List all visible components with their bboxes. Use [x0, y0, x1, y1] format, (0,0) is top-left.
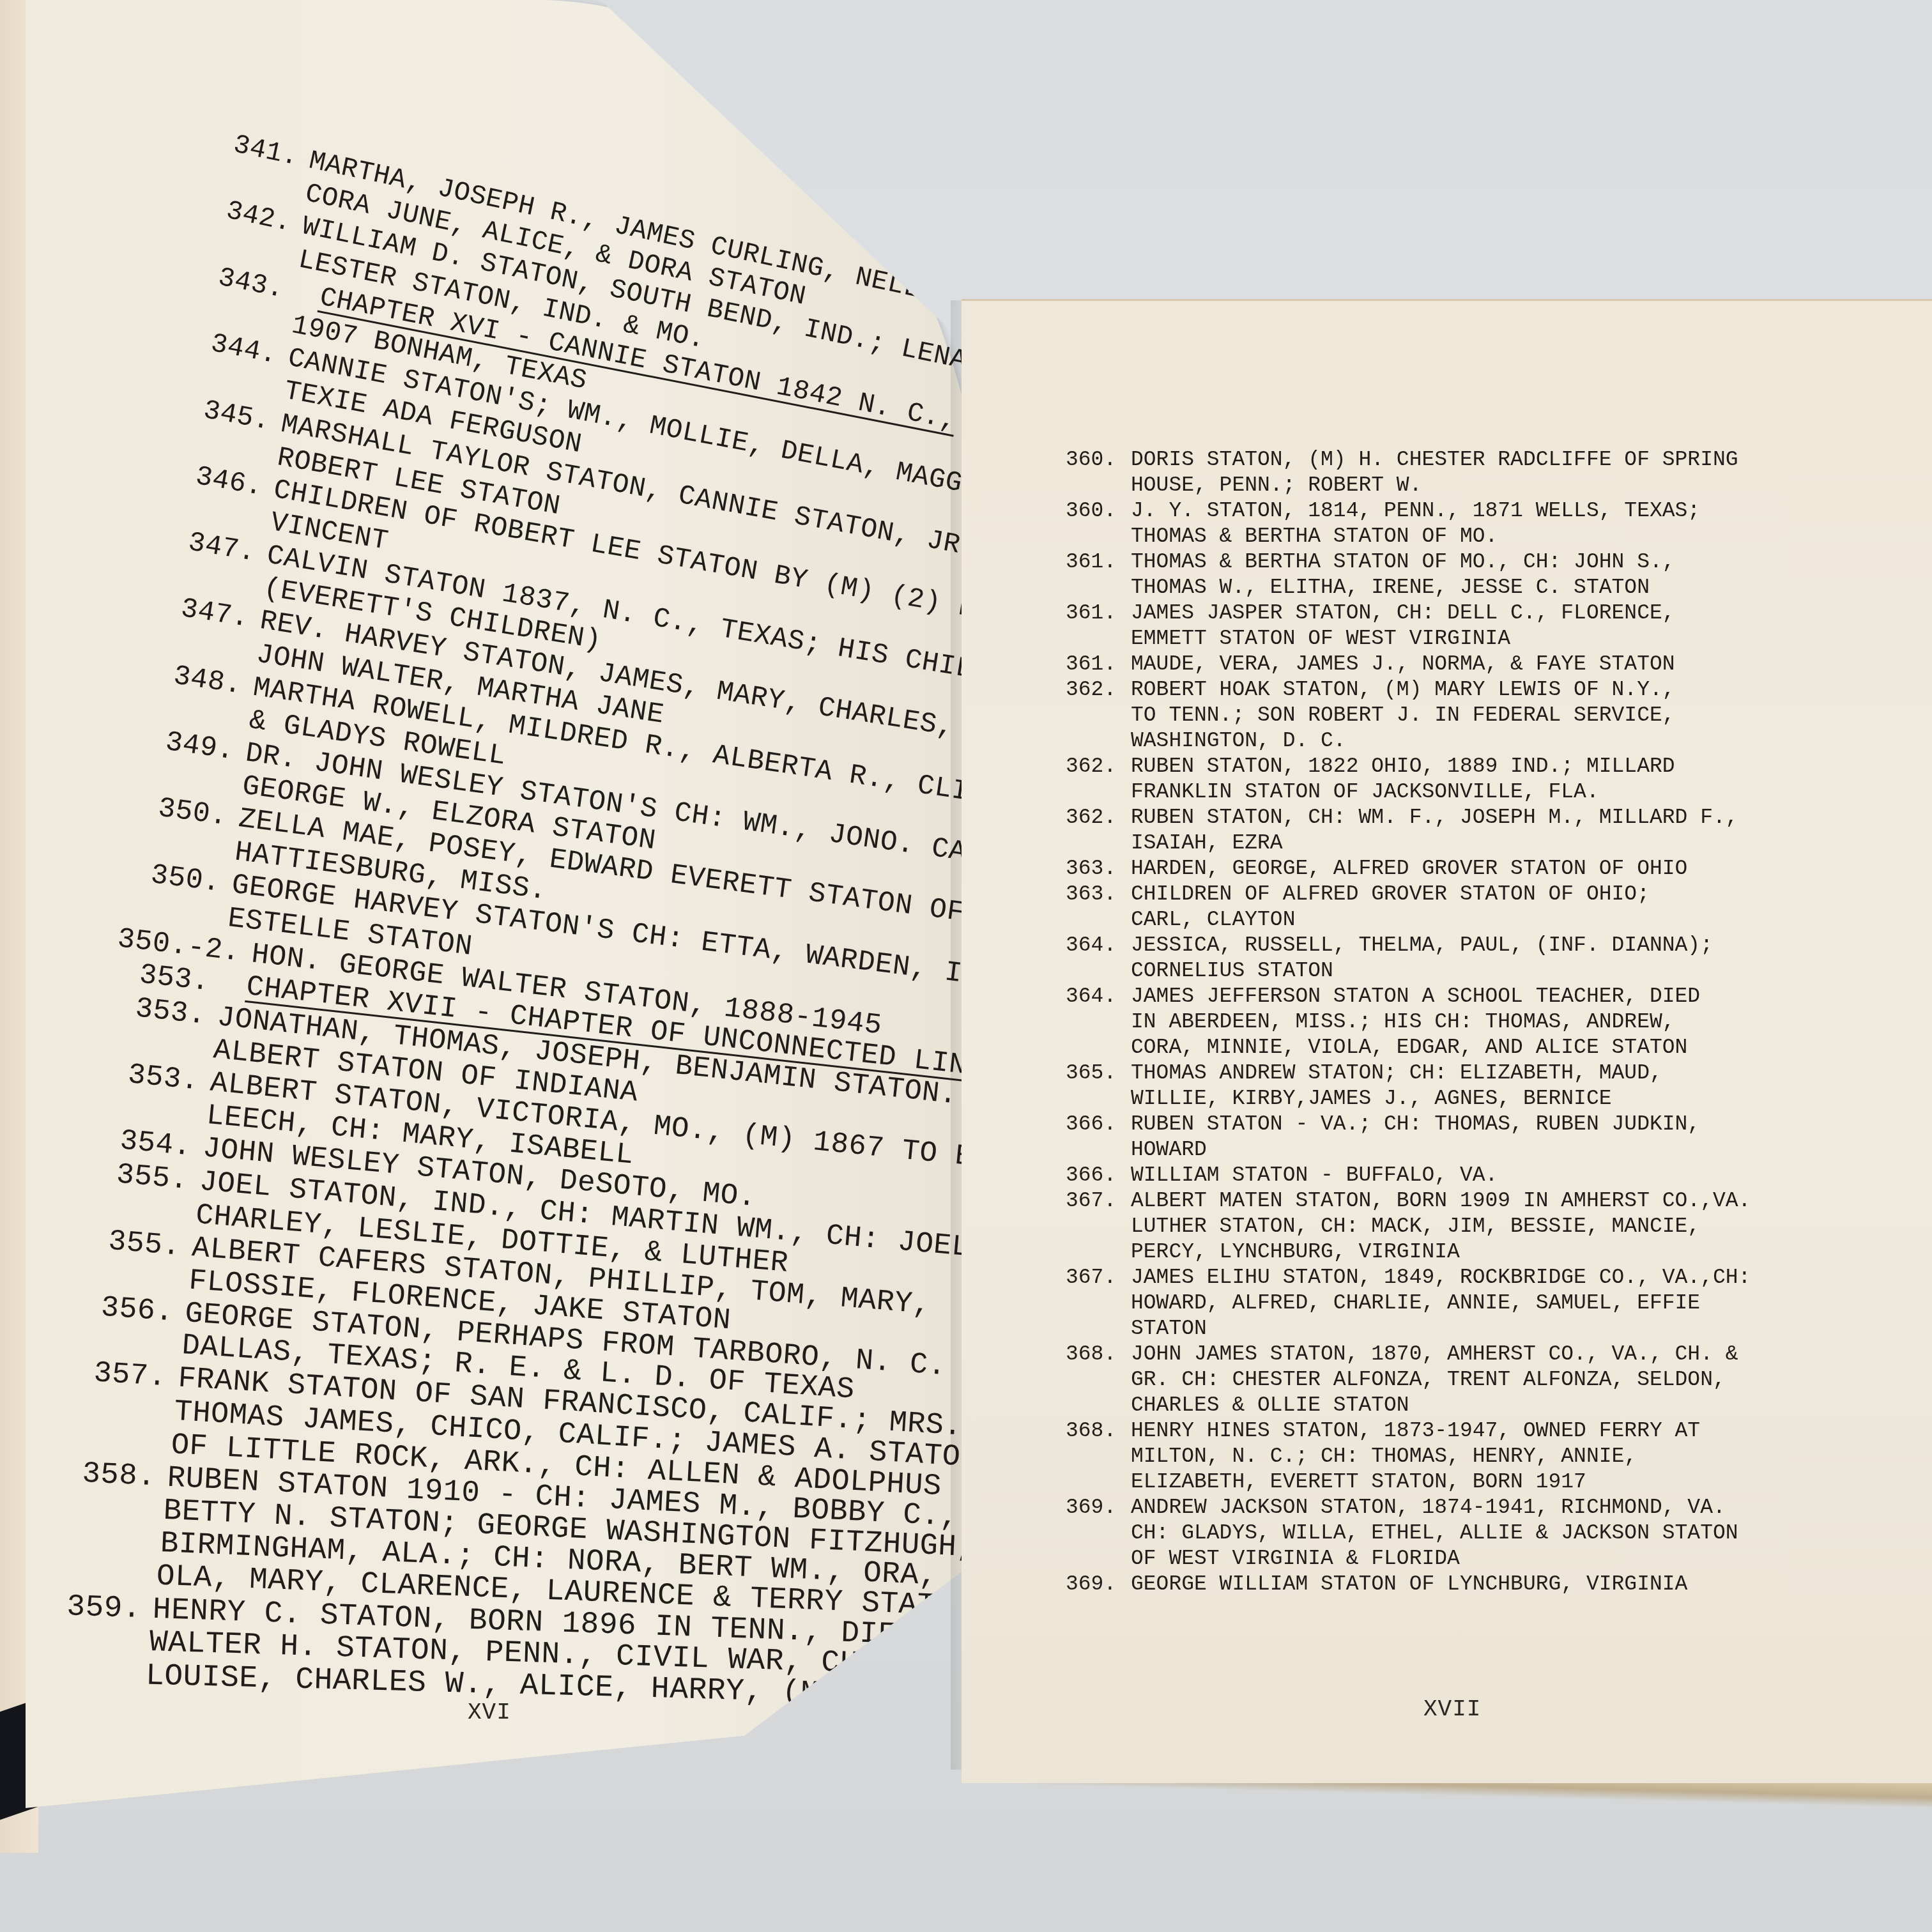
entry-number: 358.: [59, 1458, 157, 1493]
right-page-entries: 360.DORIS STATON, (M) H. CHESTER RADCLIF…: [1066, 447, 1751, 1597]
entry-number: [121, 913, 216, 924]
entry-text: OF WEST VIRGINIA & FLORIDA: [1131, 1547, 1460, 1570]
entry-text: CH: GLADYS, WILLA, ETHEL, ALLIE & JACKSO…: [1131, 1521, 1738, 1545]
entry-number: 362.: [1066, 677, 1131, 703]
entry-number: 369.: [1066, 1572, 1131, 1597]
entry-text: JAMES JEFFERSON STATON A SCHOOL TEACHER,…: [1131, 985, 1700, 1008]
entry-text: JAMES JASPER STATON, CH: DELL C., FLOREN…: [1131, 601, 1675, 625]
entry-number: [56, 1514, 152, 1518]
entry-number: [135, 779, 230, 792]
entry-number: [42, 1647, 137, 1650]
index-entry: 361.MAUDE, VERA, JAMES J., NORMA, & FAYE…: [1066, 652, 1751, 677]
entry-number: [38, 1681, 134, 1683]
entry-text: MILTON, N. C.; CH: THOMAS, HENRY, ANNIE,: [1131, 1445, 1637, 1468]
entry-number: [52, 1547, 148, 1551]
entry-text: GEORGE WILLIAM STATON OF LYNCHBURG, VIRG…: [1131, 1572, 1687, 1596]
entry-number: 369.: [1066, 1495, 1131, 1521]
index-entry: 364.JESSICA, RUSSELL, THELMA, PAUL, (INF…: [1066, 933, 1751, 984]
left-page-folio: XVI: [468, 1699, 511, 1726]
entry-number: [106, 1046, 201, 1056]
left-page: 341.MARTHA, JOSEPH R., JAMES CURLING, NE…: [26, 0, 984, 1808]
entry-number: 353.: [112, 958, 211, 997]
entry-text: RUBEN STATON, 1822 OHIO, 1889 IND.; MILL…: [1131, 755, 1675, 778]
entry-text: DORIS STATON, (M) H. CHESTER RADCLIFFE O…: [1131, 448, 1738, 471]
entry-text: CORNELIUS STATON: [1131, 959, 1333, 983]
index-entry: 362.RUBEN STATON, CH: WM. F., JOSEPH M.,…: [1066, 805, 1751, 856]
entry-text: WILLIE, KIRBY,JAMES J., AGNES, BERNICE: [1131, 1087, 1612, 1110]
index-entry: 367.JAMES ELIHU STATON, 1849, ROCKBRIDGE…: [1066, 1265, 1751, 1342]
entry-text: CHILDREN OF ALFRED GROVER STATON OF OHIO…: [1131, 882, 1650, 906]
entry-text: EMMETT STATON OF WEST VIRGINIA: [1131, 627, 1510, 650]
index-entry: 365.THOMAS ANDREW STATON; CH: ELIZABETH,…: [1066, 1061, 1751, 1112]
entry-text: ANDREW JACKSON STATON, 1874-1941, RICHMO…: [1131, 1496, 1726, 1519]
index-entry: 360.DORIS STATON, (M) H. CHESTER RADCLIF…: [1066, 447, 1751, 498]
entry-number: 367.: [1066, 1188, 1131, 1214]
entry-text: ELIZABETH, EVERETT STATON, BORN 1917: [1131, 1470, 1586, 1494]
entry-text: ISAIAH, EZRA: [1131, 831, 1283, 855]
entry-text: IN ABERDEEN, MISS.; HIS CH: THOMAS, ANDR…: [1131, 1010, 1675, 1034]
entry-number: 363.: [1066, 856, 1131, 882]
entry-number: [164, 512, 258, 528]
entry-text: THOMAS & BERTHA STATON OF MO.: [1131, 525, 1498, 548]
index-entry: 363.HARDEN, GEORGE, ALFRED GROVER STATON…: [1066, 856, 1751, 882]
entry-number: [142, 712, 236, 726]
entry-number: 362.: [1066, 805, 1131, 831]
entry-number: 364.: [1066, 933, 1131, 958]
index-entry: 362.RUBEN STATON, 1822 OHIO, 1889 IND.; …: [1066, 754, 1751, 805]
entry-number: 355.: [84, 1225, 182, 1262]
entry-number: [81, 1280, 177, 1287]
entry-text: ROBERT HOAK STATON, (M) MARY LEWIS OF N.…: [1131, 678, 1675, 701]
entry-number: [149, 645, 244, 659]
entry-text: HENRY HINES STATON, 1873-1947, OWNED FER…: [1131, 1419, 1700, 1443]
entry-number: 353.: [102, 1058, 201, 1096]
index-entry: 369.ANDREW JACKSON STATON, 1874-1941, RI…: [1066, 1495, 1751, 1572]
entry-number: 367.: [1066, 1265, 1131, 1291]
entry-text: FRANKLIN STATON OF JACKSONVILLE, FLA.: [1131, 780, 1599, 804]
entry-number: 362.: [1066, 754, 1131, 779]
entry-number: 366.: [1066, 1163, 1131, 1188]
entry-text: HOWARD: [1131, 1138, 1207, 1161]
entry-number: 365.: [1066, 1061, 1131, 1086]
index-entry: 368.JOHN JAMES STATON, 1870, AMHERST CO.…: [1066, 1342, 1751, 1418]
entry-number: 350.: [130, 792, 229, 832]
entry-number: 363.: [1066, 882, 1131, 907]
entry-text: JESSICA, RUSSELL, THELMA, PAUL, (INF. DI…: [1131, 933, 1713, 957]
entry-text: HARDEN, GEORGE, ALFRED GROVER STATON OF …: [1131, 857, 1687, 880]
entry-number: 359.: [45, 1591, 142, 1625]
entry-number: [171, 445, 265, 462]
entry-number: 364.: [1066, 984, 1131, 1009]
entry-text: RUBEN STATON - VA.; CH: THOMAS, RUBEN JU…: [1131, 1112, 1700, 1136]
entry-text: RUBEN STATON, CH: WM. F., JOSEPH M., MIL…: [1131, 806, 1738, 829]
index-entry: 361.JAMES JASPER STATON, CH: DELL C., FL…: [1066, 601, 1751, 652]
entry-number: [99, 1113, 194, 1122]
entry-number: [88, 1214, 183, 1222]
index-entry: 367.ALBERT MATEN STATON, BORN 1909 IN AM…: [1066, 1188, 1751, 1265]
entry-number: 361.: [1066, 601, 1131, 626]
index-entry: 362.ROBERT HOAK STATON, (M) MARY LEWIS O…: [1066, 677, 1751, 754]
index-entry: 369.GEORGE WILLIAM STATON OF LYNCHBURG, …: [1066, 1572, 1751, 1597]
entry-text: MAUDE, VERA, JAMES J., NORMA, & FAYE STA…: [1131, 652, 1675, 676]
entry-text: HOUSE, PENN.; ROBERT W.: [1131, 473, 1422, 497]
index-entry: 368.HENRY HINES STATON, 1873-1947, OWNED…: [1066, 1418, 1751, 1495]
index-entry: 366.WILLIAM STATON - BUFFALO, VA.: [1066, 1163, 1751, 1188]
right-page-folio: XVII: [1423, 1696, 1481, 1722]
entry-number: 360.: [1066, 498, 1131, 524]
entry-number: [49, 1580, 145, 1584]
entry-text: HOWARD, ALFRED, CHARLIE, ANNIE, SAMUEL, …: [1131, 1291, 1700, 1315]
entry-text: THOMAS & BERTHA STATON OF MO., CH: JOHN …: [1131, 550, 1675, 574]
entry-number: 368.: [1066, 1342, 1131, 1367]
entry-number: [178, 378, 273, 395]
entry-number: 355.: [91, 1158, 189, 1195]
index-entry: 363.CHILDREN OF ALFRED GROVER STATON OF …: [1066, 882, 1751, 933]
entry-text: LUTHER STATON, CH: MACK, JIM, BESSIE, MA…: [1131, 1215, 1700, 1238]
entry-number: 360.: [1066, 447, 1131, 473]
entry-text: GR. CH: CHESTER ALFONZA, TRENT ALFONZA, …: [1131, 1368, 1726, 1391]
entry-text: WASHINGTON, D. C.: [1131, 729, 1346, 753]
index-entry: 360.J. Y. STATON, 1814, PENN., 1871 WELL…: [1066, 498, 1751, 549]
entry-number: 361.: [1066, 652, 1131, 677]
entry-number: 354.: [95, 1124, 193, 1162]
entry-text: PERCY, LYNCHBURG, VIRGINIA: [1131, 1240, 1460, 1264]
entry-text: WILLIAM STATON - BUFFALO, VA.: [1131, 1163, 1498, 1187]
entry-text: THOMAS ANDREW STATON; CH: ELIZABETH, MAU…: [1131, 1061, 1662, 1085]
entry-number: 366.: [1066, 1112, 1131, 1137]
entry-number: [63, 1447, 159, 1452]
entry-number: 350.: [123, 858, 222, 898]
entry-number: 356.: [77, 1291, 175, 1328]
index-entry: 361.THOMAS & BERTHA STATON OF MO., CH: J…: [1066, 549, 1751, 601]
index-entry: 366.RUBEN STATON - VA.; CH: THOMAS, RUBE…: [1066, 1112, 1751, 1163]
entry-text: JAMES ELIHU STATON, 1849, ROCKBRIDGE CO.…: [1131, 1266, 1751, 1289]
entry-text: J. Y. STATON, 1814, PENN., 1871 WELLS, T…: [1131, 499, 1700, 523]
entry-text: JOHN JAMES STATON, 1870, AMHERST CO., VA…: [1131, 1342, 1738, 1366]
entry-text: STATON: [1131, 1317, 1207, 1340]
entry-number: 353.: [109, 992, 208, 1031]
entry-text: CARL, CLAYTON: [1131, 908, 1295, 931]
entry-number: [74, 1346, 170, 1353]
entry-text: ALBERT MATEN STATON, BORN 1909 IN AMHERS…: [1131, 1189, 1751, 1213]
entry-text: CHARLES & OLLIE STATON: [1131, 1393, 1409, 1417]
entry-text: CORA, MINNIE, VIOLA, EDGAR, AND ALICE ST…: [1131, 1036, 1687, 1059]
index-entry: 364.JAMES JEFFERSON STATON A SCHOOL TEAC…: [1066, 984, 1751, 1061]
entry-number: [67, 1413, 163, 1419]
entry-number: 368.: [1066, 1418, 1131, 1444]
entry-number: [157, 578, 251, 594]
entry-number: 357.: [70, 1358, 167, 1393]
entry-number: 361.: [1066, 549, 1131, 575]
entry-number: [128, 846, 223, 858]
entry-text: TO TENN.; SON ROBERT J. IN FEDERAL SERVI…: [1131, 703, 1675, 727]
entry-text: THOMAS W., ELITHA, IRENE, JESSE C. STATO…: [1131, 576, 1650, 599]
